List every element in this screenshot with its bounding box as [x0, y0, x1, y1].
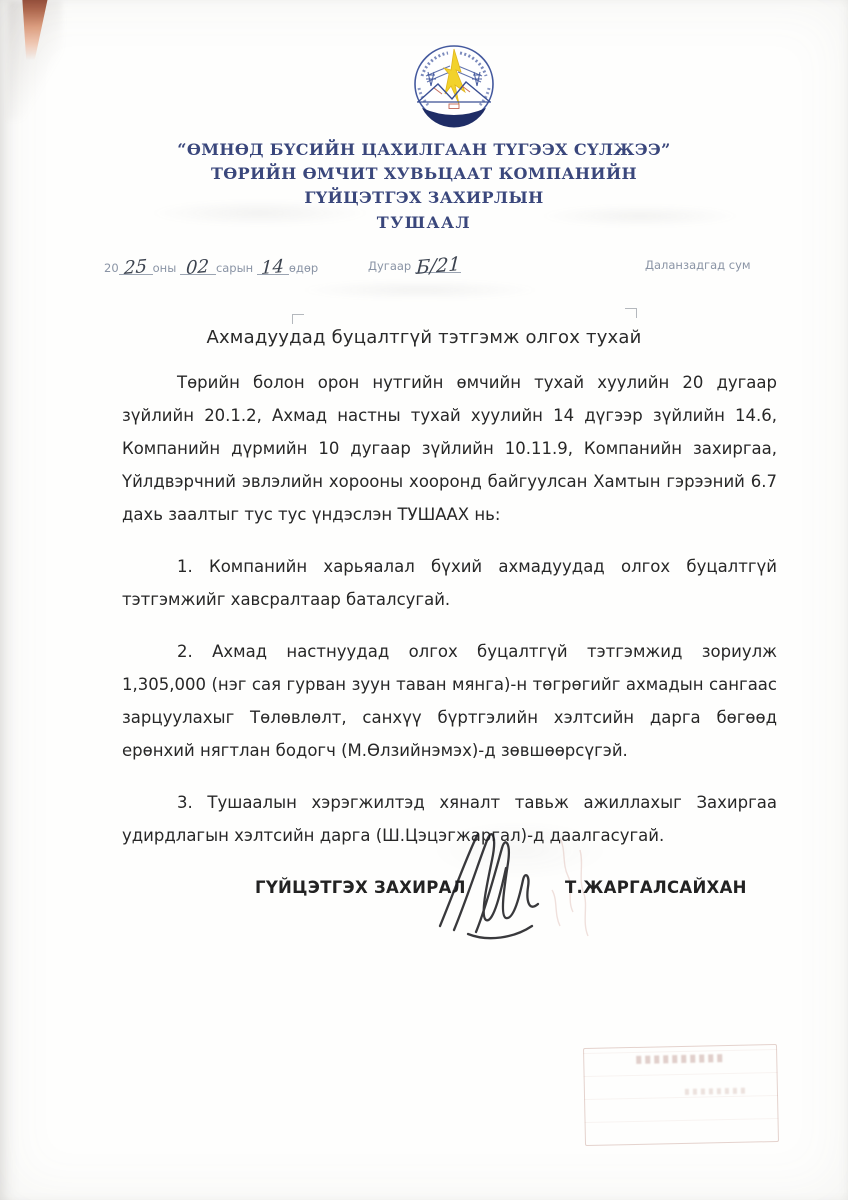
document-title: Ахмадуудад буцалтгүй тэтгэмж олгох тухай — [0, 327, 848, 348]
day-blank: 14 — [257, 258, 289, 275]
number-field: Дугаар Б/21 — [368, 256, 461, 273]
signature-block: ГҮЙЦЭТГЭХ ЗАХИРАЛ Т.ЖАРГАЛСАЙХАН — [250, 848, 790, 948]
reverse-side-stamp-artifact — [583, 1044, 779, 1146]
order-item-1: 1. Компанийн харьяалал бүхий ахмадуудад … — [122, 550, 777, 616]
year-label: оны — [153, 261, 177, 275]
preamble-paragraph: Төрийн болон орон нутгийн өмчийн тухай х… — [122, 366, 777, 531]
handwritten-day: 14 — [261, 260, 285, 276]
month-blank: 02 — [180, 258, 216, 275]
company-name: “ӨМНӨД БҮСИЙН ЦАХИЛГААН ТҮГЭЭХ СҮЛЖЭЭ” — [0, 138, 848, 162]
document-type: ТУШААЛ — [0, 211, 848, 235]
company-type: ТӨРИЙН ӨМЧИТ ХУВЬЦААТ КОМПАНИЙН — [0, 162, 848, 186]
number-label: Дугаар — [368, 259, 411, 273]
number-blank: Б/21 — [415, 256, 461, 273]
company-logo-emblem — [404, 42, 504, 130]
year-prefix: 20 — [104, 261, 119, 275]
issuer-line: ГҮЙЦЭТГЭХ ЗАХИРЛЫН — [0, 186, 848, 210]
month-label: сарын — [216, 261, 253, 275]
signer-name: Т.ЖАРГАЛСАЙХАН — [565, 878, 747, 897]
handwritten-year: 25 — [124, 260, 148, 276]
day-label: өдөр — [289, 261, 318, 275]
handwritten-month: 02 — [186, 260, 210, 276]
dateline-row: 2025оны 02сарын 14өдөр Дугаар Б/21 Далан… — [0, 250, 848, 284]
letterhead: “ӨМНӨД БҮСИЙН ЦАХИЛГААН ТҮГЭЭХ СҮЛЖЭЭ” Т… — [0, 138, 848, 235]
order-item-2: 2. Ахмад настнуудад олгох буцалтгүй тэтг… — [122, 635, 777, 767]
date-field: 2025оны 02сарын 14өдөр — [104, 258, 318, 275]
handwritten-number: Б/21 — [415, 257, 460, 275]
document-body: Төрийн болон орон нутгийн өмчийн тухай х… — [122, 366, 777, 871]
year-blank: 25 — [119, 258, 153, 275]
crop-mark-right — [625, 308, 637, 318]
location-label: Даланзадгад сум — [645, 258, 751, 272]
crop-mark-left — [292, 314, 304, 324]
scanned-document-page: “ӨМНӨД БҮСИЙН ЦАХИЛГААН ТҮГЭЭХ СҮЛЖЭЭ” Т… — [0, 0, 848, 1200]
